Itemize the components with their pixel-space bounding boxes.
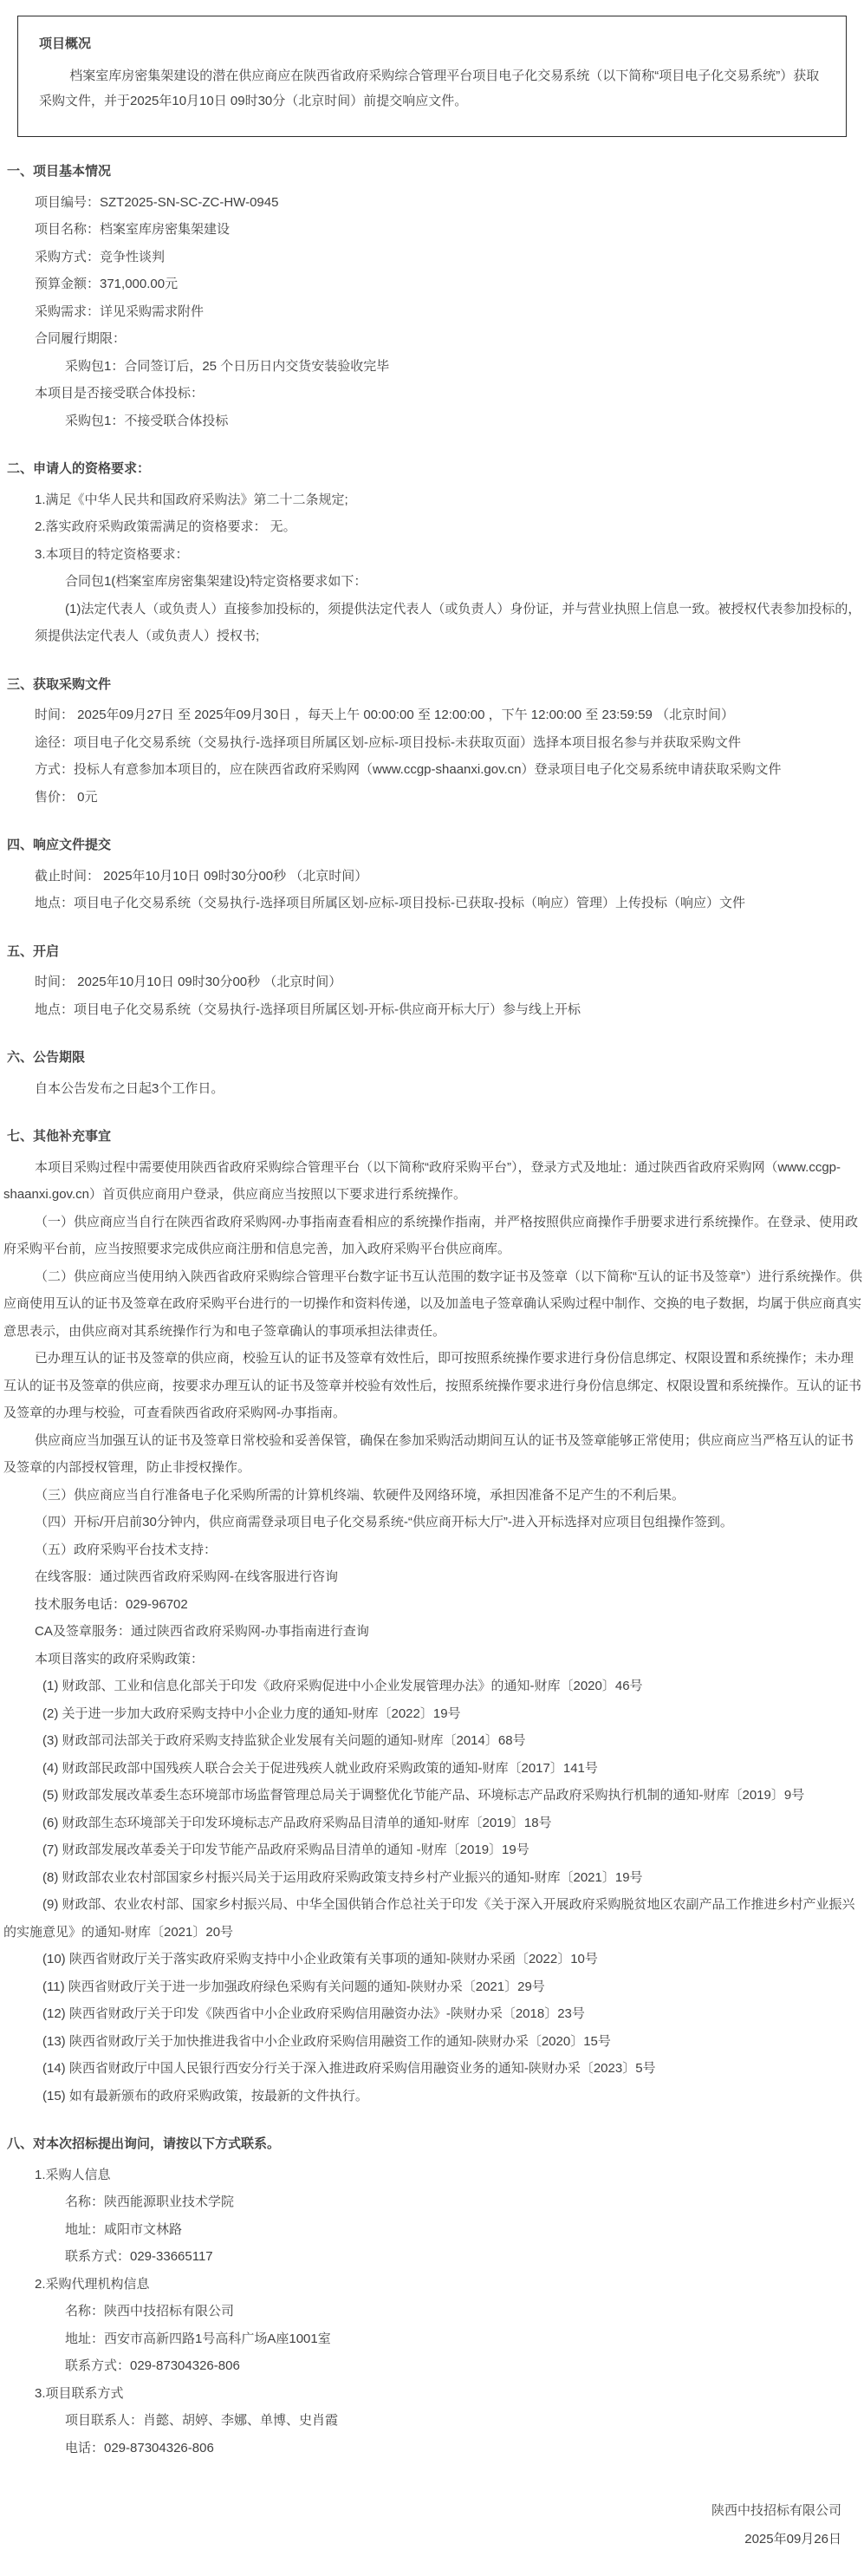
doc-line: 项目编号：SZT2025-SN-SC-ZC-HW-0945 xyxy=(0,189,864,217)
doc-line: 名称：陕西中技招标有限公司 xyxy=(0,2298,864,2325)
doc-line: 技术服务电话：029-96702 xyxy=(0,1591,864,1619)
procurement-announcement-page: 项目概况 档案室库房密集架建设的潜在供应商应在陕西省政府采购综合管理平台项目电子… xyxy=(0,16,864,2576)
doc-line: 途径：项目电子化交易系统（交易执行-选择项目所属区划-应标-项目投标-未获取页面… xyxy=(0,729,864,757)
doc-line: 2.采购代理机构信息 xyxy=(0,2271,864,2299)
doc-line: 2.落实政府采购政策需满足的资格要求： 无。 xyxy=(0,513,864,541)
doc-line: (6) 财政部生态环境部关于印发环境标志产品政府采购品目清单的通知-财库〔201… xyxy=(0,1810,864,1837)
announcement-section: 七、其他补充事宜本项目采购过程中需要使用陕西省政府采购综合管理平台（以下简称“政… xyxy=(0,1123,864,2110)
announcement-section: 三、获取采购文件时间： 2025年09月27日 至 2025年09月30日 ，每… xyxy=(0,671,864,812)
doc-line: 本项目采购过程中需要使用陕西省政府采购综合管理平台（以下简称“政府采购平台”），… xyxy=(0,1154,864,1209)
doc-line: 合同履行期限： xyxy=(0,325,864,353)
doc-line: 采购方式：竞争性谈判 xyxy=(0,244,864,271)
doc-line: 本项目是否接受联合体投标： xyxy=(0,380,864,408)
doc-line: 地址：咸阳市文林路 xyxy=(0,2216,864,2244)
doc-line: (15) 如有最新颁布的政府采购政策，按最新的文件执行。 xyxy=(0,2083,864,2110)
section-heading: 三、获取采购文件 xyxy=(0,671,864,699)
doc-line: （五）政府采购平台技术支持： xyxy=(0,1536,864,1564)
section-heading: 二、申请人的资格要求： xyxy=(0,455,864,483)
doc-line: 电话：029-87304326-806 xyxy=(0,2435,864,2462)
doc-line: (3) 财政部司法部关于政府采购支持监狱企业发展有关问题的通知-财库〔2014〕… xyxy=(0,1727,864,1755)
doc-line: 地点：项目电子化交易系统（交易执行-选择项目所属区划-开标-供应商开标大厅）参与… xyxy=(0,996,864,1024)
doc-line: （二）供应商应当使用纳入陕西省政府采购综合管理平台数字证书互认范围的数字证书及签… xyxy=(0,1263,864,1346)
doc-line: （三）供应商应当自行准备电子化采购所需的计算机终端、软硬件及网络环境，承担因准备… xyxy=(0,1482,864,1510)
doc-line: 预算金额：371,000.00元 xyxy=(0,271,864,298)
doc-line: 方式：投标人有意参加本项目的，应在陕西省政府采购网（www.ccgp-shaan… xyxy=(0,756,864,784)
overview-title: 项目概况 xyxy=(39,32,825,55)
doc-line: （四）开标/开启前30分钟内，供应商需登录项目电子化交易系统-“供应商开标大厅”… xyxy=(0,1509,864,1536)
doc-line: 时间： 2025年09月27日 至 2025年09月30日 ，每天上午 00:0… xyxy=(0,701,864,729)
doc-line: CA及签章服务：通过陕西省政府采购网-办事指南进行查询 xyxy=(0,1618,864,1646)
announcement-section: 五、开启时间： 2025年10月10日 09时30分00秒 （北京时间）地点：项… xyxy=(0,938,864,1024)
doc-line: 自本公告发布之日起3个工作日。 xyxy=(0,1075,864,1103)
project-overview-box: 项目概况 档案室库房密集架建设的潜在供应商应在陕西省政府采购综合管理平台项目电子… xyxy=(17,16,847,137)
doc-line: (2) 关于进一步加大政府采购支持中小企业力度的通知-财库〔2022〕19号 xyxy=(0,1700,864,1728)
section-heading: 八、对本次招标提出询问，请按以下方式联系。 xyxy=(0,2130,864,2158)
section-heading: 四、响应文件提交 xyxy=(0,831,864,859)
doc-line: 售价： 0元 xyxy=(0,784,864,812)
doc-line: 时间： 2025年10月10日 09时30分00秒 （北京时间） xyxy=(0,968,864,996)
sections-container: 一、项目基本情况项目编号：SZT2025-SN-SC-ZC-HW-0945项目名… xyxy=(0,158,864,2462)
section-heading: 五、开启 xyxy=(0,938,864,966)
section-heading: 六、公告期限 xyxy=(0,1044,864,1072)
section-heading: 七、其他补充事宜 xyxy=(0,1123,864,1151)
doc-line: (4) 财政部民政部中国残疾人联合会关于促进残疾人就业政府采购政策的通知-财库〔… xyxy=(0,1755,864,1783)
doc-line: 3.项目联系方式 xyxy=(0,2380,864,2408)
doc-line: 截止时间： 2025年10月10日 09时30分00秒 （北京时间） xyxy=(0,863,864,890)
doc-line: (5) 财政部发展改革委生态环境部市场监督管理总局关于调整优化节能产品、环境标志… xyxy=(0,1782,864,1810)
doc-line: 地址：西安市高新四路1号高科广场A座1001室 xyxy=(0,2325,864,2353)
footer-company: 陕西中技招标有限公司 xyxy=(0,2496,841,2525)
doc-line: (14) 陕西省财政厅中国人民银行西安分行关于深入推进政府采购信用融资业务的通知… xyxy=(0,2055,864,2083)
doc-line: 采购包1：合同签订后，25 个日历日内交货安装验收完毕 xyxy=(0,353,864,381)
doc-line: 本项目落实的政府采购政策： xyxy=(0,1646,864,1673)
doc-line: 联系方式：029-87304326-806 xyxy=(0,2352,864,2380)
announcement-section: 二、申请人的资格要求：1.满足《中华人民共和国政府采购法》第二十二条规定;2.落… xyxy=(0,455,864,650)
footer-date: 2025年09月26日 xyxy=(0,2525,841,2553)
doc-line: 项目联系人：肖懿、胡婷、李娜、单博、史肖霞 xyxy=(0,2407,864,2435)
doc-line: 3.本项目的特定资格要求： xyxy=(0,541,864,569)
doc-line: (1) 财政部、工业和信息化部关于印发《政府采购促进中小企业发展管理办法》的通知… xyxy=(0,1673,864,1700)
doc-line: 1.满足《中华人民共和国政府采购法》第二十二条规定; xyxy=(0,486,864,514)
announcement-section: 四、响应文件提交截止时间： 2025年10月10日 09时30分00秒 （北京时… xyxy=(0,831,864,917)
doc-line: (1)法定代表人（或负责人）直接参加投标的，须提供法定代表人（或负责人）身份证，… xyxy=(0,596,864,650)
doc-line: (10) 陕西省财政厅关于落实政府采购支持中小企业政策有关事项的通知-陕财办采函… xyxy=(0,1946,864,1973)
doc-line: (12) 陕西省财政厅关于印发《陕西省中小企业政府采购信用融资办法》-陕财办采〔… xyxy=(0,2000,864,2028)
doc-line: 采购包1：不接受联合体投标 xyxy=(0,408,864,435)
doc-line: 供应商应当加强互认的证书及签章日常校验和妥善保管，确保在参加采购活动期间互认的证… xyxy=(0,1427,864,1482)
doc-line: 在线客服：通过陕西省政府采购网-在线客服进行咨询 xyxy=(0,1563,864,1591)
announcement-section: 八、对本次招标提出询问，请按以下方式联系。1.采购人信息名称：陕西能源职业技术学… xyxy=(0,2130,864,2462)
doc-line: (7) 财政部发展改革委关于印发节能产品政府采购品目清单的通知 -财库〔2019… xyxy=(0,1836,864,1864)
announcement-section: 一、项目基本情况项目编号：SZT2025-SN-SC-ZC-HW-0945项目名… xyxy=(0,158,864,434)
section-heading: 一、项目基本情况 xyxy=(0,158,864,186)
doc-line: 联系方式：029-33665117 xyxy=(0,2243,864,2271)
doc-line: 地点：项目电子化交易系统（交易执行-选择项目所属区划-应标-项目投标-已获取-投… xyxy=(0,890,864,917)
doc-line: 采购需求：详见采购需求附件 xyxy=(0,298,864,326)
doc-line: (9) 财政部、农业农村部、国家乡村振兴局、中华全国供销合作总社关于印发《关于深… xyxy=(0,1891,864,1946)
doc-line: 1.采购人信息 xyxy=(0,2162,864,2189)
doc-line: 名称：陕西能源职业技术学院 xyxy=(0,2188,864,2216)
doc-line: （一）供应商应当自行在陕西省政府采购网-办事指南查看相应的系统操作指南，并严格按… xyxy=(0,1209,864,1263)
doc-line: 项目名称：档案室库房密集架建设 xyxy=(0,216,864,244)
doc-line: 合同包1(档案室库房密集架建设)特定资格要求如下： xyxy=(0,568,864,596)
announcement-section: 六、公告期限自本公告发布之日起3个工作日。 xyxy=(0,1044,864,1102)
doc-line: (13) 陕西省财政厅关于加快推进我省中小企业政府采购信用融资工作的通知-陕财办… xyxy=(0,2028,864,2056)
footer: 陕西中技招标有限公司 2025年09月26日 xyxy=(0,2462,864,2576)
doc-line: (11) 陕西省财政厅关于进一步加强政府绿色采购有关问题的通知-陕财办采〔202… xyxy=(0,1973,864,2001)
doc-line: (8) 财政部农业农村部国家乡村振兴局关于运用政府采购政策支持乡村产业振兴的通知… xyxy=(0,1864,864,1892)
doc-line: 已办理互认的证书及签章的供应商，校验互认的证书及签章有效性后，即可按照系统操作要… xyxy=(0,1345,864,1427)
overview-paragraph: 档案室库房密集架建设的潜在供应商应在陕西省政府采购综合管理平台项目电子化交易系统… xyxy=(39,64,825,114)
